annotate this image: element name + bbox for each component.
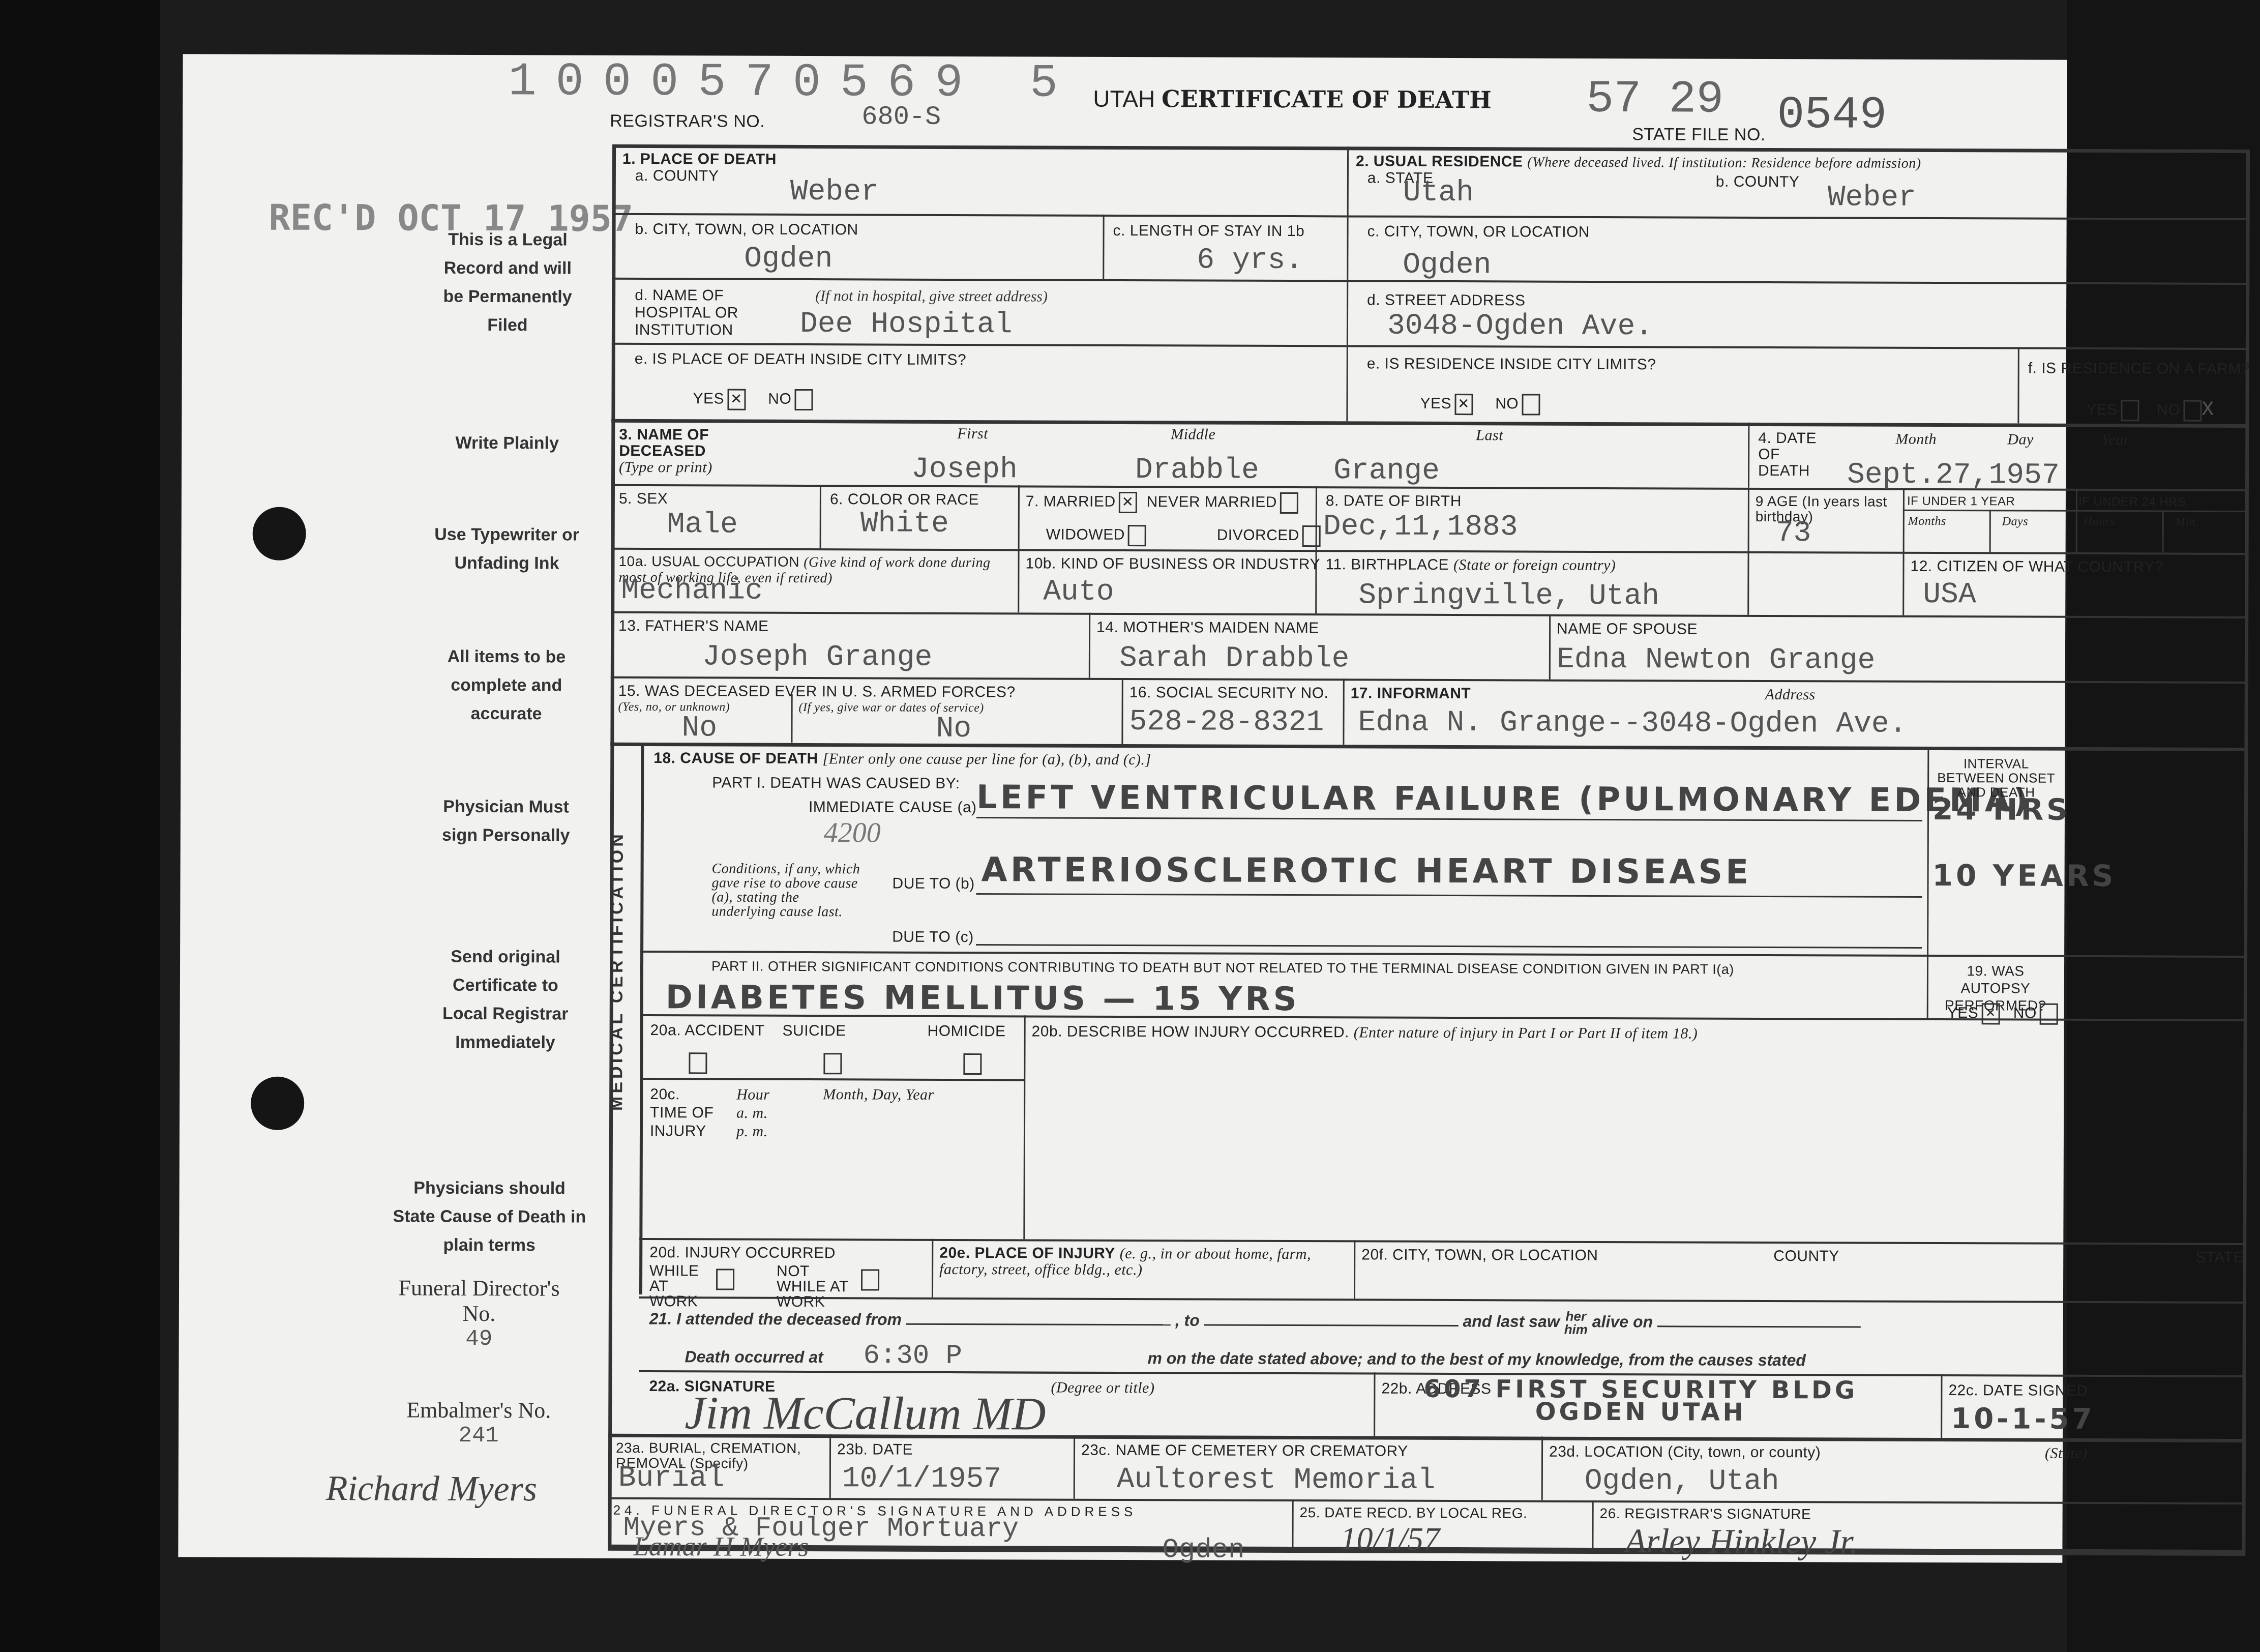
funeral-director-no: Funeral Director's No. 49 <box>382 1275 576 1352</box>
cemetery-label: 23c. NAME OF CEMETERY OR CREMATORY <box>1081 1442 1408 1460</box>
divorced-checkbox[interactable] <box>1302 525 1321 547</box>
farm-no-checkbox[interactable] <box>2183 400 2202 422</box>
not-while-at-work-checkbox[interactable] <box>861 1269 879 1290</box>
burial-state-label: (State) <box>2045 1445 2088 1462</box>
injury-state-label: STATE <box>2195 1249 2244 1266</box>
death-city-limits-no-checkbox[interactable] <box>794 389 813 410</box>
date-of-death-label: 4. DATE OF DEATH <box>1758 430 1819 479</box>
injury-city-label: 20f. CITY, TOWN, OR LOCATION <box>1361 1246 1598 1264</box>
cemetery-value: Aultorest Memorial <box>1117 1463 1436 1497</box>
marital-status-group: 7. MARRIED✕ NEVER MARRIED <box>1026 491 1298 514</box>
middle-name-value: Drabble <box>1135 454 1259 487</box>
punch-hole-top <box>253 507 306 560</box>
embalmer-no-label: Embalmer's No. <box>382 1397 575 1423</box>
birthplace-label: 11. BIRTHPLACE <box>1325 556 1449 573</box>
margin-note-physician-sign: Physician Must sign Personally <box>430 792 582 850</box>
autopsy-no-checkbox[interactable] <box>2040 1004 2058 1025</box>
citizen-label: 12. CITIZEN OF WHAT COUNTRY? <box>1910 558 2163 576</box>
dod-day-label: Day <box>2007 431 2034 448</box>
dob-value: Dec,11,1883 <box>1323 510 1518 544</box>
state-file-no-b: 0549 <box>1777 90 1887 142</box>
part2-label: PART II. OTHER SIGNIFICANT CONDITIONS CO… <box>711 958 1734 977</box>
attended-statement: 21. I attended the deceased from , to an… <box>649 1307 1861 1337</box>
registrars-no: 680-S <box>861 102 941 132</box>
place-of-injury-label: 20e. PLACE OF INJURY <box>939 1245 1115 1262</box>
conditions-hint: Conditions, if any, which gave rise to a… <box>711 862 864 919</box>
race-value: White <box>860 507 949 541</box>
due-to-b-value: ARTERIOSCLEROTIC HEART DISEASE <box>982 850 1752 892</box>
spouse-value: Edna Newton Grange <box>1557 643 1876 677</box>
injury-occurred-label: 20d. INJURY OCCURRED <box>649 1244 836 1262</box>
sex-value: Male <box>667 508 738 541</box>
usual-residence-hint: (Where deceased lived. If institution: R… <box>1527 154 1921 171</box>
residence-city-limits-label: e. IS RESIDENCE INSIDE CITY LIMITS? <box>1367 356 1656 374</box>
funeral-director-no-label: Funeral Director's No. <box>382 1275 576 1326</box>
certificate-form: 1. PLACE OF DEATH a. COUNTY Weber b. CIT… <box>608 144 2252 1599</box>
father-value: Joseph Grange <box>702 640 933 674</box>
certificate-paper: 1000570569 5 REGISTRAR'S NO. 680-S UTAH … <box>178 54 2067 1563</box>
industry-label: 10b. KIND OF BUSINESS OR INDUSTRY <box>1025 555 1320 573</box>
burial-date-value: 10/1/1957 <box>842 1462 1001 1496</box>
residence-state-value: Utah <box>1403 176 1474 210</box>
punch-hole-bottom <box>251 1077 304 1130</box>
dod-year-label: Year <box>2101 431 2130 449</box>
accident-checkbox[interactable] <box>689 1052 707 1074</box>
under-24-hrs-label: IF UNDER 24 HRS. <box>2078 495 2190 510</box>
embalmer-no: Embalmer's No. 241 <box>382 1397 575 1449</box>
deceased-name-hint: (Type or print) <box>619 459 712 476</box>
date-recd-value: 10/1/57 <box>1340 1520 1440 1558</box>
usual-residence-label: 2. USUAL RESIDENCE <box>1356 153 1523 170</box>
marital-status-group-2: WIDOWED DIVORCED <box>1046 525 1321 547</box>
serial-number: 1000570569 5 <box>508 55 1077 110</box>
industry-value: Auto <box>1043 576 1114 609</box>
mother-label: 14. MOTHER'S MAIDEN NAME <box>1096 619 1319 637</box>
margin-note-typewriter: Use Typewriter or Unfading Ink <box>430 520 583 578</box>
occupation-label: 10a. USUAL OCCUPATION <box>618 553 799 570</box>
date-signed-label: 22c. DATE SIGNED <box>1948 1382 2088 1400</box>
min-label: Min. <box>2175 515 2199 529</box>
date-signed-value: 10-1-57 <box>1951 1402 2095 1436</box>
married-checkbox[interactable]: ✕ <box>1119 492 1137 513</box>
immediate-cause-label: IMMEDIATE CAUSE (a) <box>809 799 977 816</box>
interval-a-value: 24 HRS <box>1932 792 2071 827</box>
injury-description-hint: (Enter nature of injury in Part I or Par… <box>1354 1024 1698 1042</box>
length-of-stay-value: 6 yrs. <box>1197 244 1303 277</box>
citizen-value: USA <box>1923 578 1976 611</box>
farm-options: YES NOX <box>2086 398 2214 422</box>
informant-value: Edna N. Grange--3048-Ogden Ave. <box>1358 706 1907 741</box>
margin-note-legal-record: This is a Legal Record and will be Perma… <box>431 225 584 340</box>
residence-city-label: c. CITY, TOWN, OR LOCATION <box>1367 223 1590 241</box>
funeral-director-no-value: 49 <box>382 1326 576 1352</box>
deceased-name-label: 3. NAME OF DECEASED <box>619 426 709 460</box>
armed-service-value: No <box>936 713 971 746</box>
informant-address-label: Address <box>1765 686 1816 703</box>
death-city-value: Ogden <box>744 243 832 276</box>
armed-forces-label: 15. WAS DECEASED EVER IN U. S. ARMED FOR… <box>618 683 1016 701</box>
first-name-value: Joseph <box>911 453 1018 487</box>
last-name-label: Last <box>1476 427 1503 444</box>
physician-signature: Jim McCallum MD <box>685 1385 1046 1440</box>
father-label: 13. FATHER'S NAME <box>618 617 769 635</box>
date-recd-label: 25. DATE RECD. BY LOCAL REG. <box>1300 1504 1528 1521</box>
margin-note-complete: All items to be complete and accurate <box>430 642 583 728</box>
place-of-death-label: 1. PLACE OF DEATH <box>622 151 777 168</box>
residence-county-value: Weber <box>1828 181 1916 215</box>
birthplace-hint: (State or foreign country) <box>1453 556 1616 574</box>
birthplace-label-block: 11. BIRTHPLACE (State or foreign country… <box>1325 556 1616 574</box>
date-of-death-value: Sept.27,1957 <box>1847 458 2060 492</box>
margin-note-send-original: Send original Certificate to Local Regis… <box>429 942 582 1057</box>
certificate-title: UTAH CERTIFICATE OF DEATH <box>1093 85 1491 113</box>
registrar-signature-label: 26. REGISTRAR'S SIGNATURE <box>1600 1506 1811 1522</box>
residence-city-limits-options: YES✕ NO <box>1420 394 1540 416</box>
scan-background-left <box>0 0 160 1652</box>
residence-street-label: d. STREET ADDRESS <box>1367 292 1525 310</box>
embalmer-no-value: 241 <box>382 1423 575 1449</box>
residence-city-limits-yes-checkbox[interactable]: ✕ <box>1454 394 1473 415</box>
informant-label: 17. INFORMANT <box>1351 685 1471 702</box>
injury-description-header: 20b. DESCRIBE HOW INJURY OCCURRED. (Ente… <box>1032 1023 1698 1042</box>
hospital-label: d. NAME OF HOSPITAL OR INSTITUTION <box>635 287 772 339</box>
sex-label: 5. SEX <box>619 490 668 508</box>
funeral-home-city: Ogden <box>1162 1535 1244 1566</box>
days-label: Days <box>2002 515 2028 528</box>
occupation-value: Mechanic <box>621 574 763 608</box>
part2-value: DIABETES MELLITUS — 15 YRS <box>666 979 1300 1018</box>
mother-value: Sarah Drabble <box>1119 642 1350 675</box>
armed-forces-value: No <box>681 712 717 745</box>
injury-description-field[interactable] <box>1031 1051 2237 1232</box>
farm-yes-checkbox[interactable] <box>2121 400 2139 421</box>
race-label: 6. COLOR OR RACE <box>830 491 979 509</box>
autopsy-options: YES✕ NO <box>1947 1003 2058 1025</box>
registrars-no-label: REGISTRAR'S NO. <box>610 111 765 132</box>
deceased-name-label-block: 3. NAME OF DECEASED (Type or print) <box>619 427 761 476</box>
burial-method-value: Burial <box>618 1462 725 1495</box>
under-1-year-label: IF UNDER 1 YEAR <box>1907 494 2015 509</box>
cause-of-death-hint: [Enter only one cause per line for (a), … <box>823 750 1151 768</box>
residence-city-value: Ogden <box>1403 249 1491 282</box>
never-married-checkbox[interactable] <box>1280 492 1298 514</box>
length-of-stay-label: c. LENGTH OF STAY IN 1b <box>1113 222 1305 240</box>
registrar-signature: Arley Hinkley Jr. <box>1625 1521 1858 1561</box>
burial-date-label: 23b. DATE <box>837 1441 913 1458</box>
time-of-injury-label: 20c. TIME OF INJURY <box>650 1085 721 1140</box>
burial-location-value: Ogden, Utah <box>1585 1465 1779 1498</box>
time-of-injury-mdy-label: Month, Day, Year <box>823 1086 934 1104</box>
degree-label: (Degree or title) <box>1051 1379 1154 1397</box>
death-time-value: 6:30 P <box>827 1340 1143 1374</box>
spouse-label: NAME OF SPOUSE <box>1557 621 1698 638</box>
cause-of-death-header: 18. CAUSE OF DEATH [Enter only one cause… <box>653 750 1151 769</box>
birthplace-value: Springville, Utah <box>1358 579 1659 613</box>
medical-certification-label: MEDICAL CERTIFICATION <box>607 831 628 1111</box>
physician-address-value: 607 FIRST SECURITY BLDG OGDEN UTAH <box>1386 1378 1895 1424</box>
residence-street-value: 3048-Ogden Ave. <box>1387 310 1653 344</box>
last-name-value: Grange <box>1333 454 1440 488</box>
margin-note-write-plainly: Write Plainly <box>431 429 583 458</box>
embalmer-signature: Richard Myers <box>326 1468 538 1510</box>
hospital-value: Dee Hospital <box>800 308 1013 341</box>
while-at-work-label: WHILE AT WORK <box>649 1263 710 1309</box>
hospital-hint: (If not in hospital, give street address… <box>815 287 1048 305</box>
death-city-limits-label: e. IS PLACE OF DEATH INSIDE CITY LIMITS? <box>635 350 966 369</box>
injury-description-label: 20b. DESCRIBE HOW INJURY OCCURRED. <box>1032 1023 1349 1041</box>
ssn-label: 16. SOCIAL SECURITY NO. <box>1129 684 1329 702</box>
title-text: CERTIFICATE OF DEATH <box>1162 85 1492 113</box>
residence-city-limits-no-checkbox[interactable] <box>1522 394 1540 415</box>
accident-label: 20a. ACCIDENT <box>650 1022 765 1040</box>
farm-label: f. IS RESIDENCE ON A FARM? <box>2028 360 2250 378</box>
death-county-value: Weber <box>790 175 879 209</box>
autopsy-yes-checkbox[interactable]: ✕ <box>1981 1003 2000 1024</box>
margin-note-plain-terms: Physicians should State Cause of Death i… <box>393 1173 586 1259</box>
homicide-label: HOMICIDE <box>928 1023 1006 1040</box>
time-of-injury-units: Hour a. m. p. m. <box>736 1086 770 1141</box>
ssn-value: 528-28-8321 <box>1129 705 1324 739</box>
hours-label: Hours <box>2084 515 2116 529</box>
death-county-label: a. COUNTY <box>635 167 719 185</box>
death-city-limits-options: YES✕ NO <box>693 389 813 410</box>
interval-b-value: 10 YEARS <box>1932 858 2116 893</box>
widowed-checkbox[interactable] <box>1128 525 1146 546</box>
suicide-label: SUICIDE <box>783 1022 846 1040</box>
due-to-c-label: DUE TO (c) <box>892 929 974 947</box>
age-value: 73 <box>1776 517 1811 550</box>
suicide-checkbox[interactable] <box>823 1053 842 1074</box>
place-of-injury-header: 20e. PLACE OF INJURY (e. g., in or about… <box>939 1245 1346 1279</box>
dod-month-label: Month <box>1895 431 1937 448</box>
dob-label: 8. DATE OF BIRTH <box>1326 492 1462 510</box>
usual-residence-header: 2. USUAL RESIDENCE (Where deceased lived… <box>1356 153 1921 171</box>
state-file-no-label: STATE FILE NO. <box>1632 125 1766 145</box>
burial-location-label: 23d. LOCATION (City, town, or county) <box>1549 1443 1821 1462</box>
first-name-label: First <box>957 425 988 442</box>
while-at-work-checkbox[interactable] <box>716 1268 734 1290</box>
death-city-limits-yes-checkbox[interactable]: ✕ <box>727 389 746 410</box>
months-label: Months <box>1908 515 1946 528</box>
residence-county-label: b. COUNTY <box>1716 173 1800 191</box>
cause-code-annotation: 4200 <box>824 816 881 849</box>
title-prefix: UTAH <box>1093 85 1155 112</box>
part1-label: PART I. DEATH WAS CAUSED BY: <box>712 774 960 792</box>
immediate-cause-value: LEFT VENTRICULAR FAILURE (PULMONARY EDEM… <box>976 779 2031 820</box>
middle-name-label: Middle <box>1171 426 1215 443</box>
due-to-b-label: DUE TO (b) <box>892 875 974 893</box>
death-city-label: b. CITY, TOWN, OR LOCATION <box>635 221 858 239</box>
homicide-checkbox[interactable] <box>963 1053 982 1075</box>
not-while-at-work-label: NOT WHILE AT WORK <box>777 1264 853 1310</box>
funeral-director-signature: Lamar H Myers <box>633 1530 809 1562</box>
cause-of-death-label: 18. CAUSE OF DEATH <box>653 750 818 767</box>
state-file-no-a: 57 29 <box>1586 74 1723 126</box>
injury-county-label: COUNTY <box>1773 1248 1839 1265</box>
